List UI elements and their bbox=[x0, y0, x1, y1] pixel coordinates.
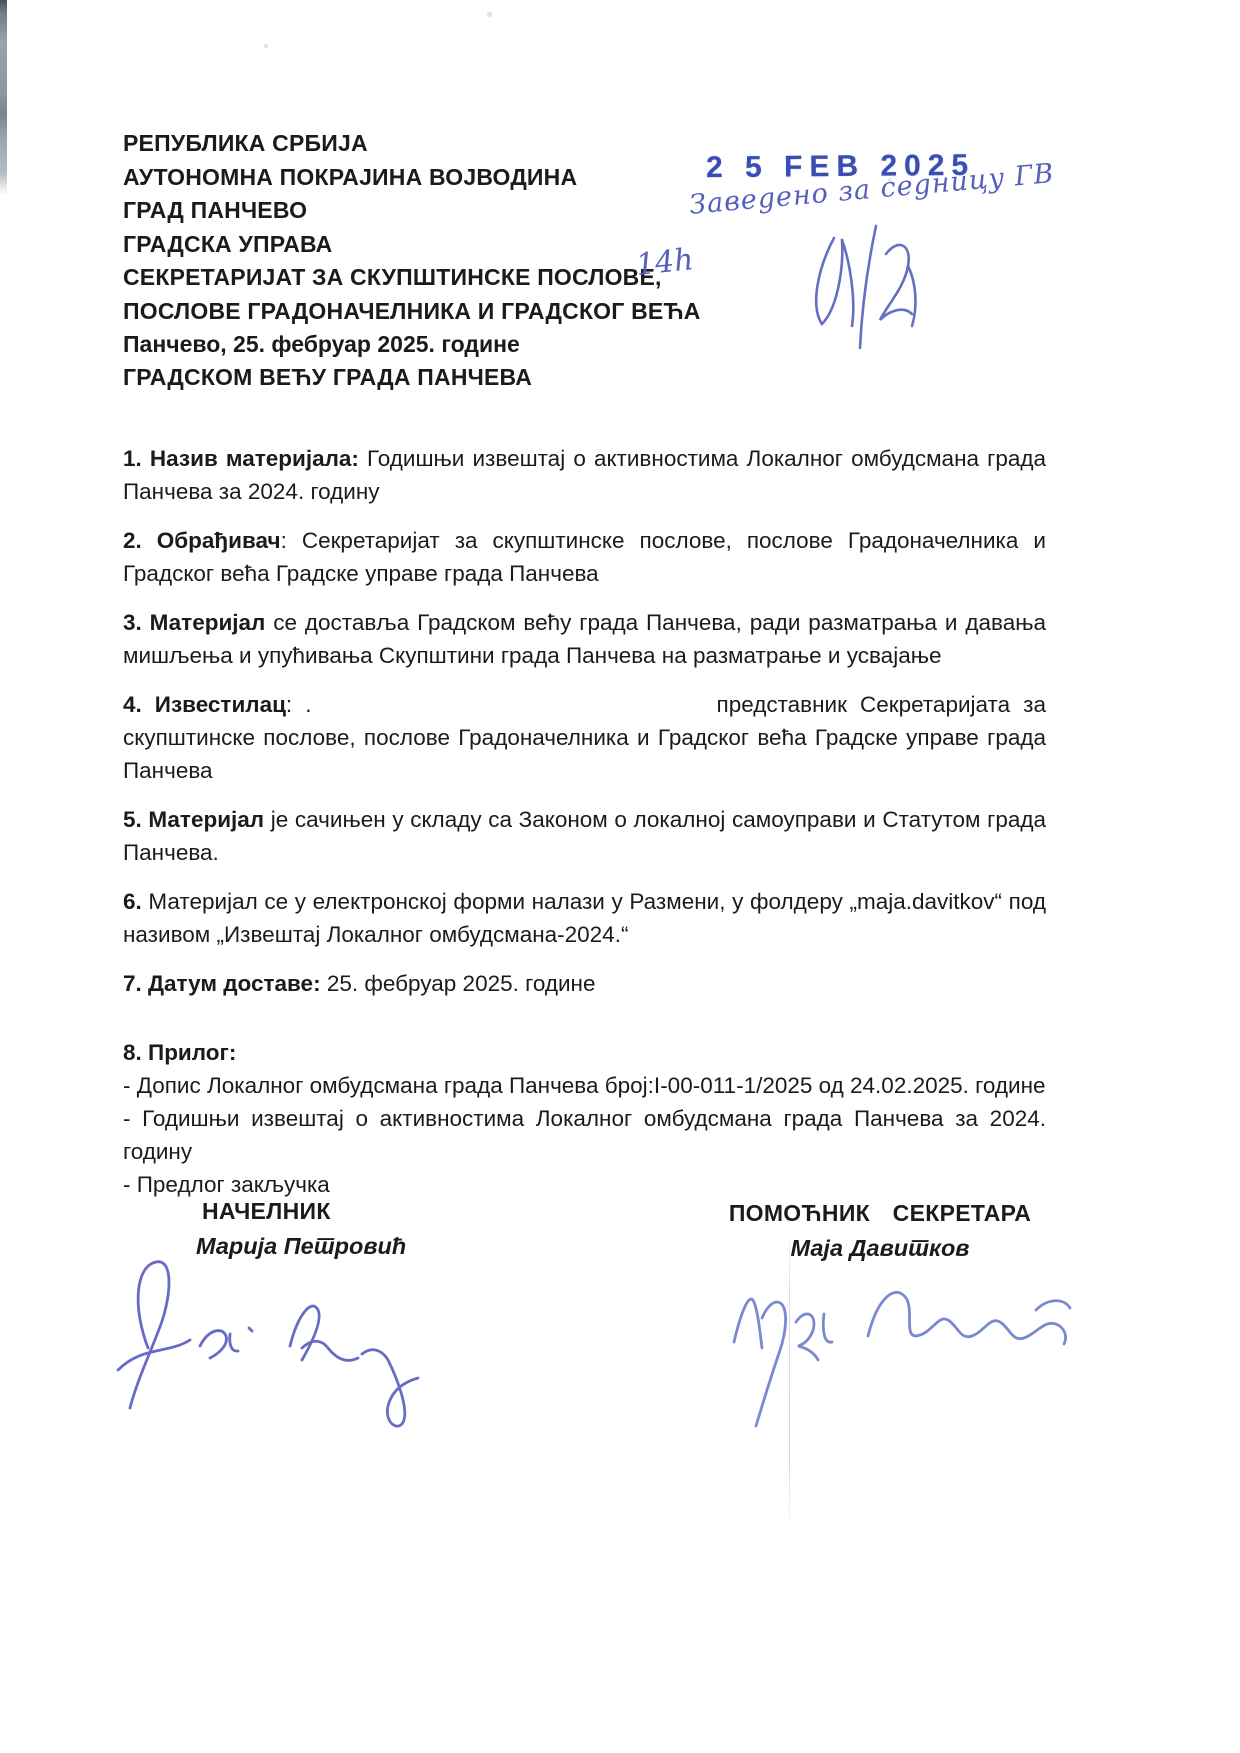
item-2: 2. Обрађивач: Секретаријат за скупштинск… bbox=[123, 524, 1046, 590]
item-1-label: 1. Назив материјала: bbox=[123, 446, 359, 471]
attachment-item: - Предлог закључка bbox=[123, 1168, 1046, 1201]
signer-title: НАЧЕЛНИК bbox=[160, 1198, 490, 1225]
attachment-item: - Годишњи извештај о активностима Локалн… bbox=[123, 1102, 1046, 1168]
item-1: 1. Назив материјала: Годишњи извештај о … bbox=[123, 442, 1046, 508]
letterhead-line: РЕПУБЛИКА СРБИЈА bbox=[123, 127, 763, 161]
letterhead-line: ПОСЛОВЕ ГРАДОНАЧЕЛНИКА И ГРАДСКОГ ВЕЋА bbox=[123, 295, 763, 329]
letterhead-line: АУТОНОМНА ПОКРАЈИНА ВОЈВОДИНА bbox=[123, 161, 763, 195]
letterhead-place-date: Панчево, 25. фебруар 2025. године bbox=[123, 328, 763, 362]
item-6-text: Материјал се у електронској форми налази… bbox=[123, 889, 1046, 947]
signature-left bbox=[112, 1248, 442, 1433]
signer-title: ПОМОЋНИК СЕКРЕТАРА bbox=[700, 1200, 1060, 1227]
document-page: РЕПУБЛИКА СРБИЈА АУТОНОМНА ПОКРАЈИНА ВОЈ… bbox=[0, 0, 1240, 1753]
scan-speck bbox=[487, 12, 492, 17]
item-7-label: 7. Датум доставе: bbox=[123, 971, 321, 996]
recipient-line: ГРАДСКОМ ВЕЋУ ГРАДА ПАНЧЕВА bbox=[123, 364, 532, 391]
item-3-label: 3. Материјал bbox=[123, 610, 265, 635]
item-2-label: 2. Обрађивач bbox=[123, 528, 281, 553]
scan-speck bbox=[264, 44, 268, 48]
letterhead-line: ГРАД ПАНЧЕВО bbox=[123, 194, 763, 228]
item-5-label: 5. Материјал bbox=[123, 807, 264, 832]
item-4: 4. Известилац: . представник Секретарија… bbox=[123, 688, 1046, 787]
item-4-pre: : . bbox=[286, 692, 312, 717]
item-6-label: 6. bbox=[123, 889, 142, 914]
item-7-text: 25. фебруар 2025. године bbox=[321, 971, 596, 996]
scan-edge-artifact bbox=[0, 0, 7, 195]
item-6: 6. Материјал се у електронској форми нал… bbox=[123, 885, 1046, 951]
signature-block-right: ПОМОЋНИК СЕКРЕТАРА Маја Давитков bbox=[700, 1200, 1060, 1262]
attachment-item: - Допис Локалног омбудсмана града Панчев… bbox=[123, 1069, 1046, 1102]
item-7: 7. Датум доставе: 25. фебруар 2025. годи… bbox=[123, 967, 1046, 1000]
redacted-blank bbox=[311, 711, 703, 712]
item-5: 5. Материјал је сачињен у складу са Зако… bbox=[123, 803, 1046, 869]
handwritten-initials bbox=[790, 222, 960, 352]
attachments-heading: 8. Прилог: bbox=[123, 1036, 1046, 1069]
handwritten-time: 14h bbox=[634, 242, 695, 283]
signature-right bbox=[718, 1256, 1078, 1466]
document-body: 1. Назив материјала: Годишњи извештај о … bbox=[123, 442, 1046, 1201]
item-4-label: 4. Известилац bbox=[123, 692, 286, 717]
item-3: 3. Материјал се доставља Градском већу г… bbox=[123, 606, 1046, 672]
